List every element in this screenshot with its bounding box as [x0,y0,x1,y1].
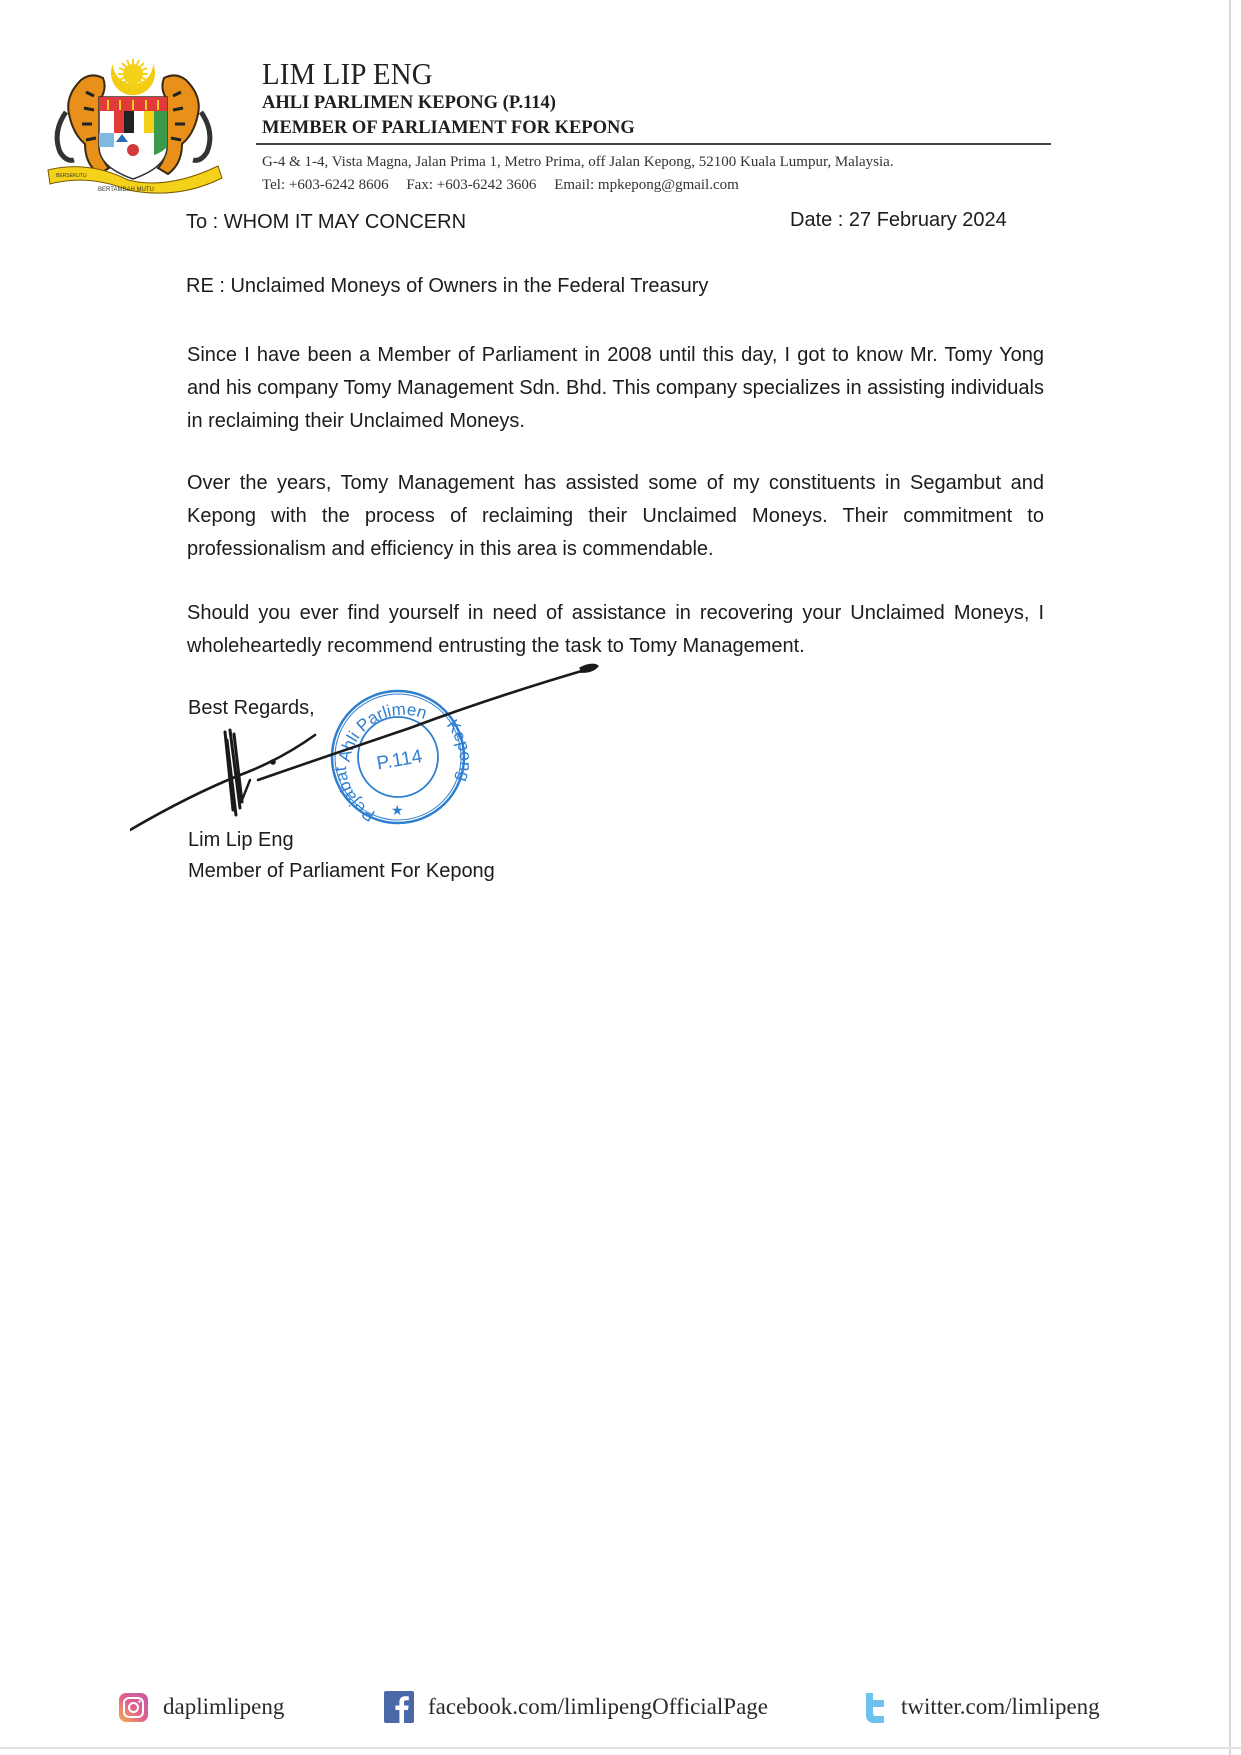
instagram-icon [118,1692,149,1723]
handwritten-signature-icon [130,660,600,840]
signer-name: Lim Lip Eng [188,829,294,852]
letterhead-name: LIM LIP ENG [262,56,433,92]
facebook-icon [384,1691,414,1723]
footer-facebook-label: facebook.com/limlipengOfficialPage [428,1694,768,1720]
letterhead-contact: Tel: +603-6242 8606 Fax: +603-6242 3606 … [262,177,753,194]
twitter-icon [863,1691,887,1723]
paragraph: Should you ever find yourself in need of… [187,597,1044,663]
svg-text:BERSEKUTU: BERSEKUTU [56,173,87,179]
footer-facebook-link[interactable]: facebook.com/limlipengOfficialPage [384,1690,768,1724]
page-edge [0,1747,1241,1749]
footer-instagram-link[interactable]: daplimlipeng [118,1690,284,1724]
footer-twitter-link[interactable]: twitter.com/limlipeng [863,1690,1100,1724]
letterhead-divider [256,143,1051,145]
letterhead-fax: Fax: +603-6242 3606 [406,177,536,193]
signer-title: Member of Parliament For Kepong [188,860,495,883]
recipient-line: To : WHOM IT MAY CONCERN [186,211,466,234]
subject-line: RE : Unclaimed Moneys of Owners in the F… [186,275,708,298]
letterhead-address: G-4 & 1-4, Vista Magna, Jalan Prima 1, M… [262,154,894,171]
svg-text:BERTAMBAH MUTU: BERTAMBAH MUTU [98,187,154,193]
letterhead-email[interactable]: Email: mpkepong@gmail.com [554,177,739,193]
footer-twitter-label: twitter.com/limlipeng [901,1694,1100,1720]
paragraph: Over the years, Tomy Management has assi… [187,467,1044,566]
footer-instagram-label: daplimlipeng [163,1694,284,1720]
letterhead-title-english: MEMBER OF PARLIAMENT FOR KEPONG [262,118,635,139]
malaysia-coat-of-arms-icon: BERTAMBAH MUTU BERSEKUTU [36,52,231,202]
letterhead-title-malay: AHLI PARLIMEN KEPONG (P.114) [262,93,556,114]
letterhead-tel: Tel: +603-6242 8606 [262,177,389,193]
paragraph: Since I have been a Member of Parliament… [187,339,1044,438]
date-line: Date : 27 February 2024 [790,209,1007,232]
page-edge [1229,0,1231,1755]
